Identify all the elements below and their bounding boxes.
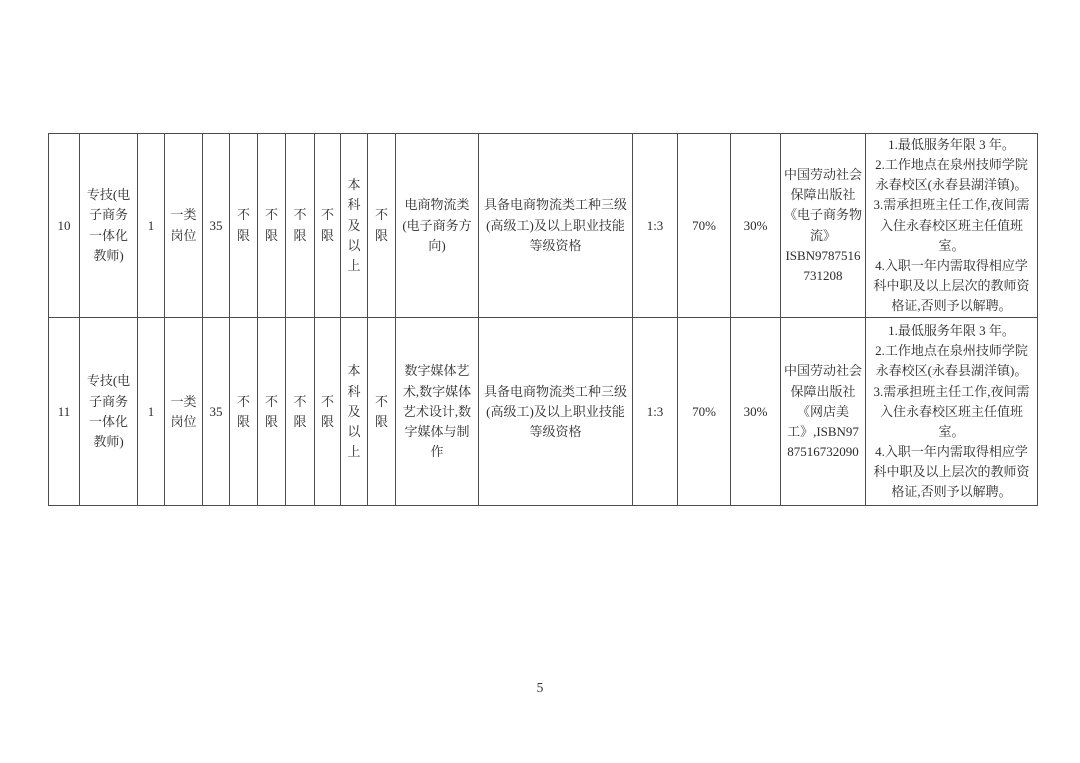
exam-ratio-cell: 1:3 xyxy=(633,134,678,318)
restriction-cell: 不限 xyxy=(315,134,341,318)
education-requirement-cell: 本科及以上 xyxy=(341,134,368,318)
age-limit-cell: 35 xyxy=(203,134,230,318)
restriction-cell: 不限 xyxy=(230,318,258,506)
education-requirement-cell: 本科及以上 xyxy=(341,318,368,506)
qualification-requirement-cell: 具备电商物流类工种三级(高级工)及以上职业技能等级资格 xyxy=(479,318,633,506)
age-limit-cell: 35 xyxy=(203,318,230,506)
restriction-cell: 不限 xyxy=(368,318,396,506)
document-page: 10 专技(电子商务一体化教师) 1 一类岗位 35 不限 不限 不限 不限 本… xyxy=(0,0,1080,763)
serial-number-cell: 10 xyxy=(49,134,80,318)
position-category-cell: 一类岗位 xyxy=(165,318,203,506)
restriction-cell: 不限 xyxy=(368,134,396,318)
textbook-cell: 中国劳动社会保障出版社《网店美工》,ISBN9787516732090 xyxy=(781,318,866,506)
position-title-cell: 专技(电子商务一体化教师) xyxy=(80,318,138,506)
page-number: 5 xyxy=(0,680,1080,696)
major-requirement-cell: 数字媒体艺术,数字媒体艺术设计,数字媒体与制作 xyxy=(396,318,479,506)
written-test-weight-cell: 70% xyxy=(678,318,731,506)
qualification-requirement-cell: 具备电商物流类工种三级(高级工)及以上职业技能等级资格 xyxy=(479,134,633,318)
position-title-cell: 专技(电子商务一体化教师) xyxy=(80,134,138,318)
remarks-cell: 1.最低服务年限 3 年。 2.工作地点在泉州技师学院永春校区(永春县湖洋镇)。… xyxy=(866,318,1038,506)
restriction-cell: 不限 xyxy=(230,134,258,318)
restriction-cell: 不限 xyxy=(286,134,315,318)
written-test-weight-cell: 70% xyxy=(678,134,731,318)
major-requirement-cell: 电商物流类(电子商务方向) xyxy=(396,134,479,318)
recruitment-table: 10 专技(电子商务一体化教师) 1 一类岗位 35 不限 不限 不限 不限 本… xyxy=(48,133,1038,506)
interview-weight-cell: 30% xyxy=(731,318,781,506)
headcount-cell: 1 xyxy=(138,318,165,506)
restriction-cell: 不限 xyxy=(315,318,341,506)
headcount-cell: 1 xyxy=(138,134,165,318)
remarks-cell: 1.最低服务年限 3 年。 2.工作地点在泉州技师学院永春校区(永春县湖洋镇)。… xyxy=(866,134,1038,318)
restriction-cell: 不限 xyxy=(286,318,315,506)
table-row: 10 专技(电子商务一体化教师) 1 一类岗位 35 不限 不限 不限 不限 本… xyxy=(49,134,1038,318)
position-category-cell: 一类岗位 xyxy=(165,134,203,318)
serial-number-cell: 11 xyxy=(49,318,80,506)
textbook-cell: 中国劳动社会保障出版社《电子商务物流》ISBN9787516731208 xyxy=(781,134,866,318)
exam-ratio-cell: 1:3 xyxy=(633,318,678,506)
restriction-cell: 不限 xyxy=(258,318,286,506)
restriction-cell: 不限 xyxy=(258,134,286,318)
table-row: 11 专技(电子商务一体化教师) 1 一类岗位 35 不限 不限 不限 不限 本… xyxy=(49,318,1038,506)
interview-weight-cell: 30% xyxy=(731,134,781,318)
